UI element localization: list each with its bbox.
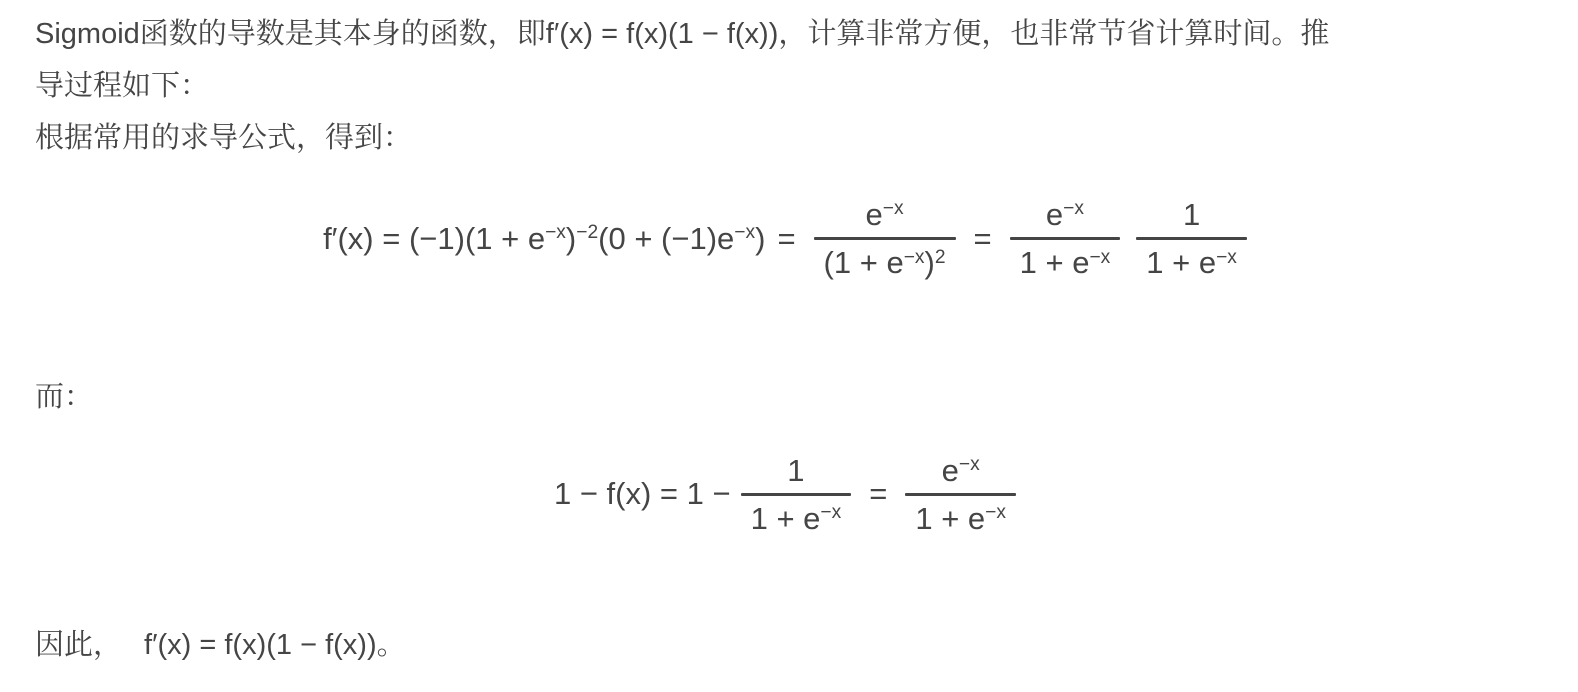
derivative-formula: f′(x) = (−1)(1 + e−x)−2(0 + (−1)e−x) = e… [35,192,1543,286]
fraction-exp-over-one-plus-exp: e−x 1 + e−x [905,448,1016,542]
denominator: 1 + e−x [905,496,1016,541]
denominator-base: 1 + e [751,501,821,536]
denominator-base1: (1 + e [824,245,904,280]
equals-sign: = [777,221,795,257]
formula1-lhs-base2: ) [566,221,576,256]
formula1-lhs-base4: ) [755,221,765,256]
denominator-exponent1: −x [904,247,925,268]
numerator-base: e [942,453,959,488]
denominator: (1 + e−x)2 [814,240,956,285]
denominator-exponent2: 2 [935,247,946,268]
intro-line-1: Sigmoid函数的导数是其本身的函数，即f′(x) = f(x)(1 − f(… [35,8,1543,60]
denominator-exponent: −x [1216,247,1237,268]
mid-label: 而： [35,371,1543,423]
numerator: e−x [856,192,914,237]
denominator-base: 1 + e [915,501,985,536]
formula2-lhs: 1 − f(x) = 1 − [554,476,731,512]
denominator-exponent: −x [820,502,841,523]
formula1-lhs-base1: f′(x) = (−1)(1 + e [323,221,545,256]
denominator: 1 + e−x [1010,240,1121,285]
numerator-exponent: −x [1063,198,1084,219]
fraction-one-over-one-plus-exp: 1 1 + e−x [741,448,852,542]
denominator-base2: ) [925,245,935,280]
formula1-exponent-2: −2 [576,222,598,243]
fraction-squared-denominator: e−x (1 + e−x)2 [814,192,956,286]
numerator: e−x [932,448,990,493]
denominator-base: 1 + e [1146,245,1216,280]
formula1-exponent-1: −x [545,222,566,243]
formula1-lhs: f′(x) = (−1)(1 + e−x)−2(0 + (−1)e−x) [323,221,765,257]
denominator: 1 + e−x [741,496,852,541]
numerator: e−x [1036,192,1094,237]
denominator: 1 + e−x [1136,240,1247,285]
fraction-one-over-one-plus-exp: 1 1 + e−x [1136,192,1247,286]
intro-line-3: 根据常用的求导公式，得到： [35,112,1543,164]
equals-sign: = [869,476,887,512]
conclusion-formula: f′(x) = f(x)(1 − f(x))。 [144,619,406,671]
denominator-exponent: −x [1089,247,1110,268]
one-minus-f-formula: 1 − f(x) = 1 − 1 1 + e−x = e−x 1 + e−x [35,448,1543,542]
numerator-exponent: −x [959,454,980,475]
denominator-base: 1 + e [1020,245,1090,280]
formula1-exponent-3: −x [734,222,755,243]
numerator: 1 [1173,192,1210,237]
intro-line-2: 导过程如下： [35,60,1543,112]
denominator-exponent: −x [985,502,1006,523]
numerator-exponent: −x [883,198,904,219]
numerator-base: e [866,197,883,232]
conclusion-line: 因此， f′(x) = f(x)(1 − f(x))。 [35,619,1543,671]
fraction-exp-over-one-plus-exp: e−x 1 + e−x [1010,192,1121,286]
numerator: 1 [777,448,814,493]
document-page: Sigmoid函数的导数是其本身的函数，即f′(x) = f(x)(1 − f(… [0,0,1578,692]
numerator-base: e [1046,197,1063,232]
conclusion-prefix: 因此， [35,619,122,671]
formula1-lhs-base3: (0 + (−1)e [598,221,734,256]
equals-sign: = [974,221,992,257]
